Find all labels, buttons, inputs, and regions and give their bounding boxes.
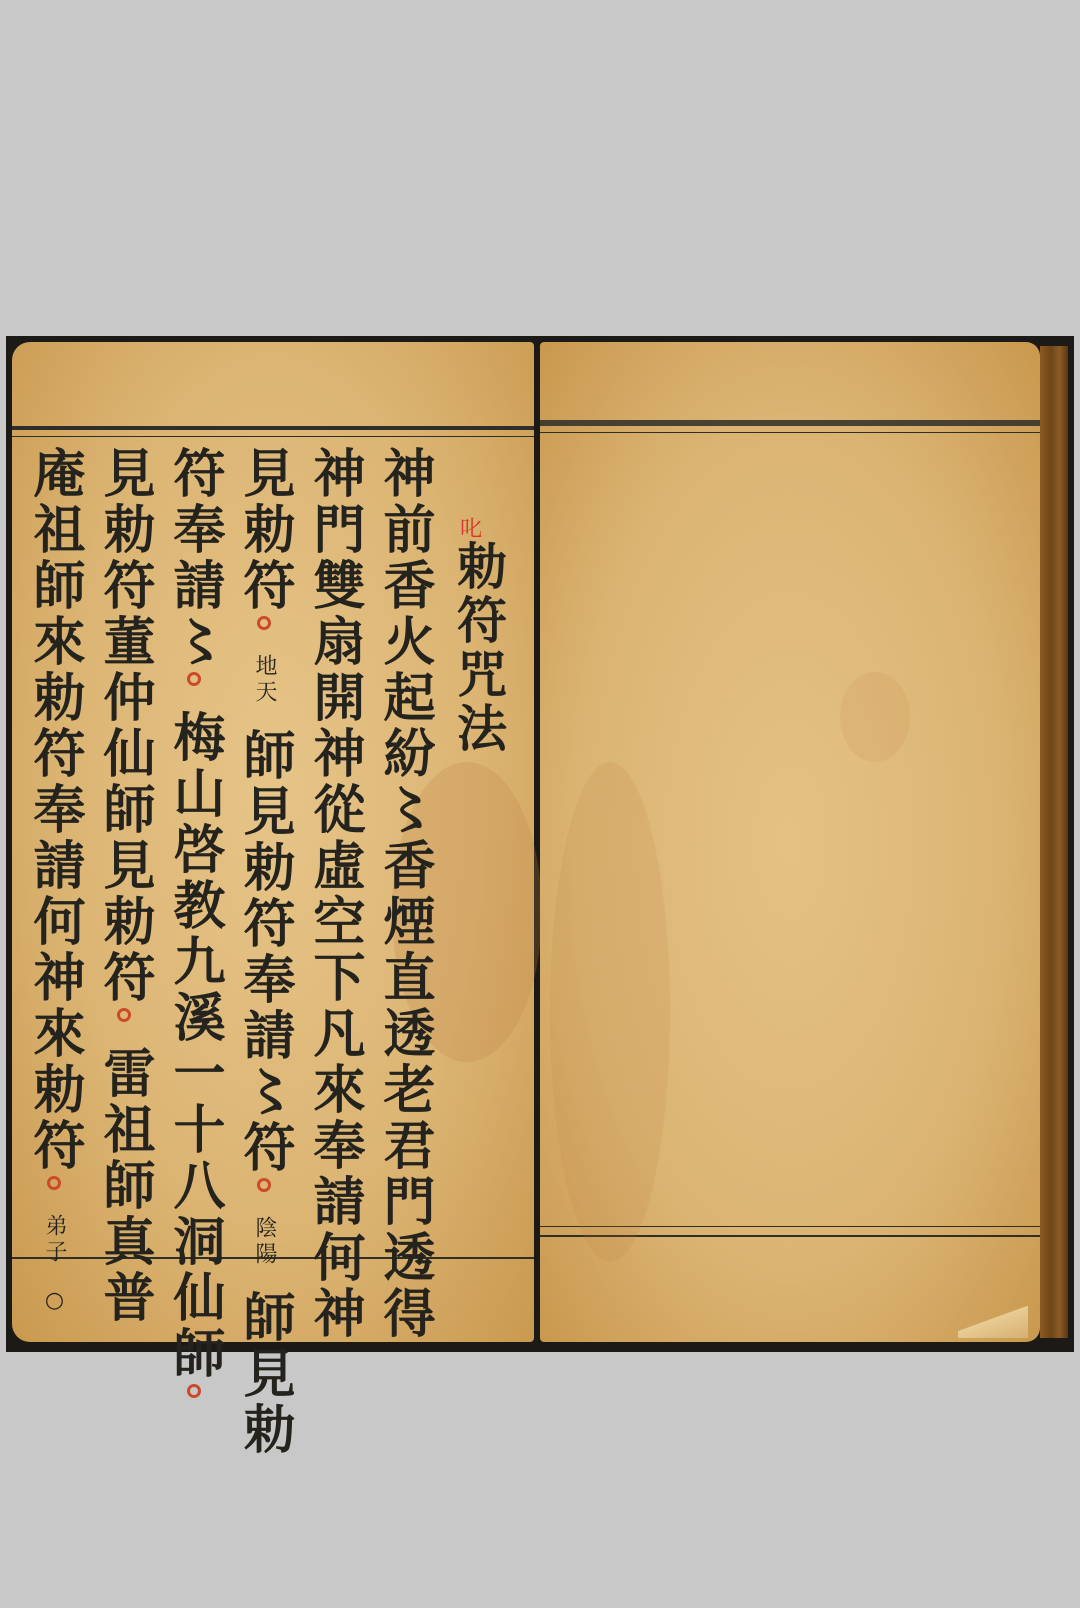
- text-column-3: 見勅符 地天 師見勅符奉請〻符 陰陽 師見勅: [234, 446, 294, 1458]
- left-page: 叱 勅符咒法 神前香火起紛〻香煙直透老君門透得 神門雙扇開神從虛空下凡來奉請何神…: [12, 342, 534, 1342]
- red-circle-mark: [187, 1384, 201, 1398]
- red-circle-mark: [47, 1176, 61, 1190]
- paper-stain: [550, 762, 670, 1262]
- paper-stain: [840, 672, 910, 762]
- text-column-5: 見勅符董仲仙師見勅符 雷祖師真普: [94, 446, 154, 1326]
- interlinear-note: 陰陽: [252, 1216, 277, 1268]
- top-border-thin-rule: [540, 432, 1040, 433]
- page-edges: [1040, 346, 1068, 1338]
- red-circle-mark: [117, 1008, 131, 1022]
- right-page-blank: [540, 342, 1040, 1342]
- top-border-rule: [540, 420, 1040, 426]
- interlinear-note: 地天: [252, 654, 277, 706]
- text-column-1: 神前香火起紛〻香煙直透老君門透得: [374, 446, 434, 1342]
- red-annotation: 叱: [460, 512, 482, 543]
- book-spread: 叱 勅符咒法 神前香火起紛〻香煙直透老君門透得 神門雙扇開神從虛空下凡來奉請何神…: [6, 336, 1074, 1352]
- top-border-rule: [12, 426, 534, 430]
- red-circle-mark: [187, 672, 201, 686]
- section-title: 勅符咒法: [448, 540, 508, 756]
- top-border-thin-rule: [12, 436, 534, 437]
- text-column-6: 庵祖師來勅符奉請何神來勅符 弟子 ○: [24, 446, 84, 1317]
- text-column-2: 神門雙扇開神從虛空下凡來奉請何神: [304, 446, 364, 1342]
- red-circle-mark: [257, 1178, 271, 1192]
- text-column-4: 符奉請〻 梅山啓教九溪一十八洞仙師: [164, 446, 224, 1400]
- red-circle-mark: [257, 616, 271, 630]
- text-columns: 叱 勅符咒法 神前香火起紛〻香煙直透老君門透得 神門雙扇開神從虛空下凡來奉請何神…: [12, 440, 534, 1255]
- folded-corner: [958, 1298, 1028, 1338]
